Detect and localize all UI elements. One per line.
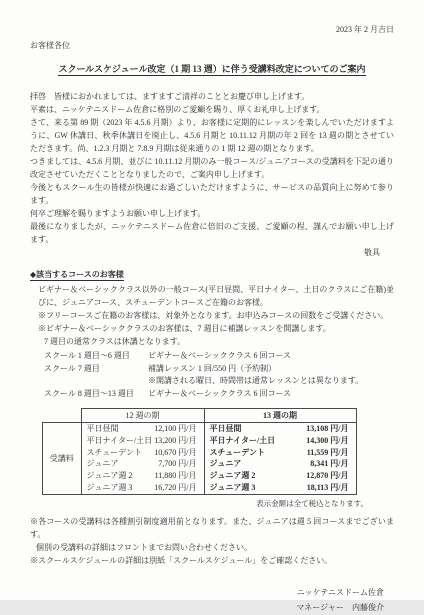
- table-row: 平日ナイター/土日13,200 円/月 平日ナイター/土日14,300 円/月: [43, 435, 357, 447]
- letter-title: スクールスケジュール改定（1 期 13 週）に伴う受講料改定についてのご案内: [30, 62, 394, 76]
- fee-amount: 18,113 円/月: [307, 482, 349, 494]
- course-name: ジュニア: [87, 458, 119, 470]
- fee-amount: 11,559 円/月: [307, 447, 349, 459]
- fee-amount: 7,700 円/月: [158, 458, 196, 470]
- schedule-desc: 補講レッスン 1 回/550 円（予約制）: [148, 364, 276, 373]
- section-line-target-courses: ビギナー＆ベーシッククラス以外の一般コース(平日昼間、平日ナイター、土日のクラス…: [30, 283, 394, 309]
- schedule-label: スクール 7 週目: [44, 363, 148, 376]
- table-row: ジュニア週 316,720 円/月 ジュニア週 318,113 円/月: [43, 482, 357, 494]
- fee-cell-old: 平日昼間12,100 円/月: [81, 423, 204, 435]
- letter-page: 2023 年 2 月吉日 お客様各位 スクールスケジュール改定（1 期 13 週…: [0, 0, 424, 600]
- signature-manager: マネージャー 内藤俊介: [30, 600, 384, 615]
- fee-amount: 12,100 円/月: [154, 423, 196, 435]
- fee-table-header-row: 12 週の期 13 週の期: [43, 409, 357, 423]
- tax-included-caption: 表示金額は全て税込となります。: [30, 498, 368, 509]
- course-name: ジュニア週 2: [210, 470, 256, 482]
- school-week-schedule: スクール 1 週目～6 週目ビギナー＆ベーシッククラス 6 回コース スクール …: [30, 350, 394, 400]
- table-row: ジュニア週 211,880 円/月 ジュニア週 212,870 円/月: [43, 470, 357, 482]
- schedule-row-weeks8-13: スクール 8 週目～13 週目ビギナー＆ベーシッククラス 6 回コース: [44, 388, 394, 401]
- fee-cell-old: 平日ナイター/土日13,200 円/月: [81, 435, 204, 447]
- schedule-desc: ※開講される曜日、時間帯は通常レッスンとは異なります。: [148, 376, 363, 385]
- letter-body: 拝啓 皆様におかれましては、ますますご清祥のこととお慶び申し上げます。 平素は、…: [30, 90, 394, 246]
- fee-amount: 8,341 円/月: [310, 458, 348, 470]
- section-heading-text: ◆該当するコースのお客様: [30, 270, 124, 281]
- applicable-course-section: ◆該当するコースのお客様 ビギナー＆ベーシッククラス以外の一般コース(平日昼間、…: [30, 268, 394, 400]
- table-row: スチューデント10,670 円/月 スチューデント11,559 円/月: [43, 447, 357, 459]
- fee-table-empty-corner: [43, 409, 82, 423]
- fee-cell-old: ジュニア7,700 円/月: [81, 458, 204, 470]
- course-name: 平日昼間: [210, 423, 242, 435]
- fee-cell-old: ジュニア週 211,880 円/月: [81, 470, 204, 482]
- fee-cell-new: 平日ナイター/土日14,300 円/月: [204, 435, 356, 447]
- section-line-free-course-note: ※フリーコースご在籍のお客様は、対象外となります。お申込みコースの回数をご受講く…: [30, 309, 394, 322]
- section-heading: ◆該当するコースのお客様: [30, 268, 394, 281]
- fee-amount: 16,720 円/月: [154, 482, 196, 494]
- fee-cell-old: スチューデント10,670 円/月: [81, 447, 204, 459]
- fee-cell-old: ジュニア週 316,720 円/月: [81, 482, 204, 494]
- section-line-beginner-note: ※ビギナー＆ベーシッククラスのお客様は、7 週目に補講レッスンを開講します。: [30, 322, 394, 335]
- body-paragraph-thanks: 平素は、ニッケテニスドーム佐倉に格別のご愛顧を賜り、厚くお礼申し上げます。: [30, 103, 394, 116]
- course-name: ジュニア週 3: [87, 482, 133, 494]
- schedule-label: スクール 8 週目～13 週目: [44, 388, 148, 401]
- signature-company: ニッケテニスドーム佐倉: [30, 585, 384, 600]
- course-name: スチューデント: [210, 447, 265, 459]
- body-paragraph-greeting: 拝啓 皆様におかれましては、ますますご清祥のこととお慶び申し上げます。: [30, 90, 394, 103]
- body-paragraph-service: 今後ともスクール生の皆様が快適にお過ごしいただけますように、サービスの品質向上に…: [30, 181, 394, 207]
- note-schedule-sheet: ※スクールスケジュールの詳細は別紙「スクールスケジュール」をご確認ください。: [30, 554, 394, 567]
- column-header-13weeks: 13 週の期: [204, 409, 356, 423]
- table-row: ジュニア7,700 円/月 ジュニア8,341 円/月: [43, 458, 357, 470]
- fee-cell-new: ジュニア週 318,113 円/月: [204, 482, 356, 494]
- fee-amount: 10,670 円/月: [154, 447, 196, 459]
- body-paragraph-final: 最後になりましたが、ニッケテニスドーム佐倉に倍旧のご支援、ご愛顧の程、謹んでお願…: [30, 220, 394, 246]
- fee-table: 12 週の期 13 週の期 受講料 平日昼間12,100 円/月 平日昼間13,…: [42, 408, 357, 495]
- course-name: ジュニア週 3: [210, 482, 256, 494]
- schedule-desc: ビギナー＆ベーシッククラス 6 回コース: [148, 389, 291, 398]
- schedule-desc: ビギナー＆ベーシッククラス 6 回コース: [148, 351, 291, 360]
- fee-amount: 12,870 円/月: [306, 470, 348, 482]
- course-name: スチューデント: [87, 447, 142, 459]
- note-discount: ※各コースの受講料は各種割引制度適用前となります。また、ジュニアは週 5 回コー…: [30, 515, 394, 541]
- letter-date: 2023 年 2 月吉日: [30, 24, 394, 36]
- course-name: ジュニア週 2: [87, 470, 133, 482]
- schedule-row-week7-note: ※開講される曜日、時間帯は通常レッスンとは異なります。: [44, 375, 394, 388]
- column-header-12weeks: 12 週の期: [81, 409, 204, 423]
- schedule-row-weeks1-6: スクール 1 週目～6 週目ビギナー＆ベーシッククラス 6 回コース: [44, 350, 394, 363]
- addressee: お客様各位: [30, 40, 394, 52]
- body-paragraph-understanding: 何卒ご理解を賜りますようお願い申し上げます。: [30, 207, 394, 220]
- course-name: ジュニア: [210, 458, 242, 470]
- fee-amount: 14,300 円/月: [306, 435, 348, 447]
- note-front-desk: 個別の受講料の詳細はフロントまでお問い合わせください。: [30, 541, 394, 554]
- body-paragraph-fee-change: つきましては、4.5.6 月期、並びに 10.11.12 月期のみ一般コース/ジ…: [30, 155, 394, 181]
- fee-amount: 11,880 円/月: [155, 470, 197, 482]
- fee-amount: 13,108 円/月: [306, 423, 348, 435]
- closing-keigu: 敬具: [30, 246, 394, 259]
- body-paragraph-schedule-change: さて、来る第 89 期（2023 年 4.5.6 月期）より、お客様に定期的にレ…: [30, 116, 394, 155]
- fee-cell-new: 平日昼間13,108 円/月: [204, 423, 356, 435]
- schedule-row-week7: スクール 7 週目補講レッスン 1 回/550 円（予約制）: [44, 363, 394, 376]
- letter-title-text: スクールスケジュール改定（1 期 13 週）に伴う受講料改定についてのご案内: [58, 64, 365, 76]
- fee-row-header: 受講料: [43, 423, 82, 495]
- fee-amount: 13,200 円/月: [154, 435, 196, 447]
- course-name: 平日ナイター/土日: [210, 435, 276, 447]
- fee-cell-new: ジュニア週 212,870 円/月: [204, 470, 356, 482]
- fee-cell-new: ジュニア8,341 円/月: [204, 458, 356, 470]
- table-row: 受講料 平日昼間12,100 円/月 平日昼間13,108 円/月: [43, 423, 357, 435]
- section-line-week7-closed: 7 週目の通常クラスは休講となります。: [30, 335, 394, 348]
- fee-cell-new: スチューデント11,559 円/月: [204, 447, 356, 459]
- course-name: 平日昼間: [87, 423, 119, 435]
- footnotes: ※各コースの受講料は各種割引制度適用前となります。また、ジュニアは週 5 回コー…: [30, 515, 394, 567]
- course-name: 平日ナイター/土日: [87, 435, 153, 447]
- schedule-label: スクール 1 週目～6 週目: [44, 350, 148, 363]
